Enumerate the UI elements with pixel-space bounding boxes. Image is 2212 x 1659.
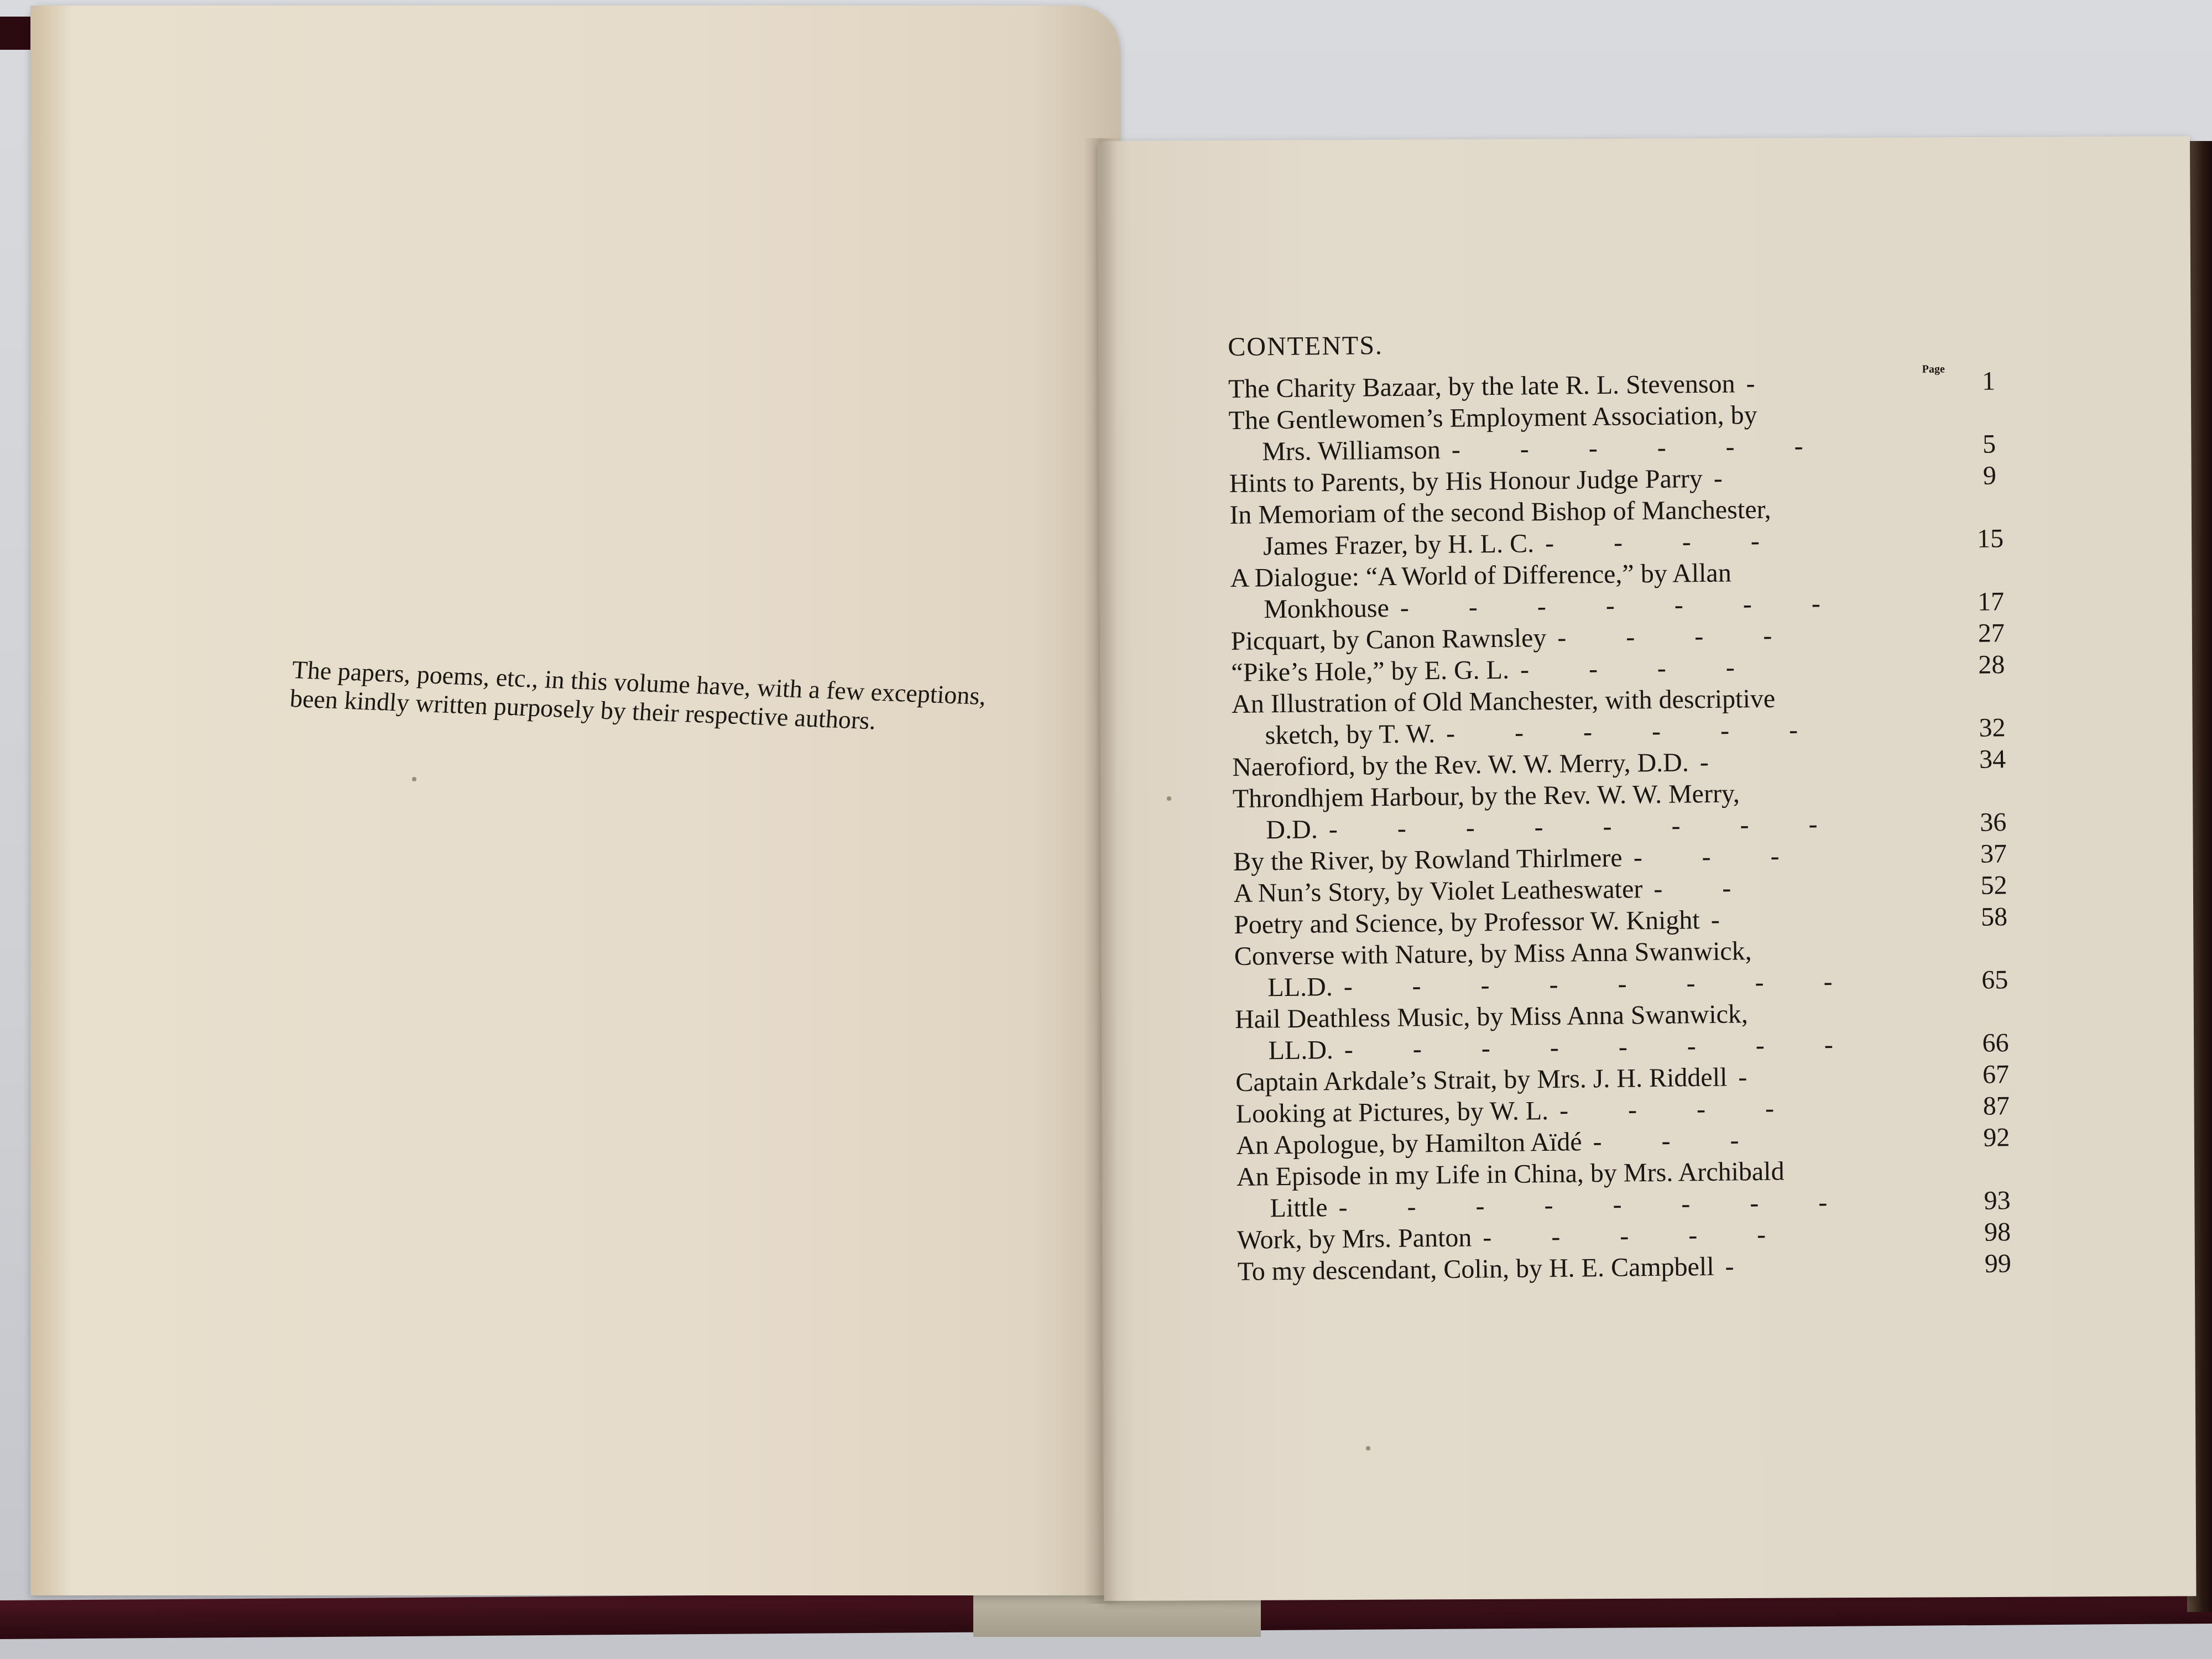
- entry-title: The Gentlewomen’s Employment Association…: [1228, 399, 1757, 436]
- entry-title: LL.D.: [1234, 971, 1333, 1004]
- contents-entry: An Episode in my Life in China, by Mrs. …: [1237, 1152, 2056, 1224]
- contents-entry: The Gentlewomen’s Employment Association…: [1228, 396, 2047, 467]
- entry-page-number: 27: [1960, 617, 2022, 649]
- entry-title: An Illustration of Old Manchester, with …: [1232, 683, 1776, 720]
- entry-title: A Nun’s Story, by Violet Leatheswater: [1233, 873, 1642, 909]
- entry-title: A Dialogue: “A World of Difference,” by …: [1230, 557, 1731, 593]
- entry-title: D.D.: [1233, 813, 1318, 846]
- entry-page-number: 93: [1966, 1185, 2028, 1217]
- dash-leader: - - - -: [1546, 618, 1961, 654]
- entry-title: sketch, by T. W.: [1232, 718, 1435, 752]
- entry-page-number: 98: [1967, 1216, 2028, 1248]
- dash-leader: -: [1689, 744, 1963, 778]
- entry-page-number: 17: [1960, 586, 2022, 618]
- contents-entry: In Memoriam of the second Bishop of Manc…: [1229, 491, 2048, 562]
- entry-title: Captain Arkdale’s Strait, by Mrs. J. H. …: [1235, 1062, 1728, 1098]
- paper-speck: [412, 777, 416, 781]
- entry-page-number: 66: [1965, 1027, 2026, 1059]
- entry-page-number: 67: [1965, 1058, 2027, 1091]
- dash-leader: - - -: [1582, 1122, 1966, 1157]
- entry-title: Hints to Parents, by His Honour Judge Pa…: [1229, 463, 1703, 499]
- entry-page-number: 37: [1963, 838, 2025, 870]
- entry-title: LL.D.: [1235, 1034, 1333, 1067]
- contents-entry: Throndhjem Harbour, by the Rev. W. W. Me…: [1233, 774, 2052, 846]
- dash-leader: -: [1699, 901, 1964, 936]
- dash-leader: - - - - -: [1472, 1217, 1967, 1253]
- entry-page-number: 87: [1965, 1090, 2027, 1122]
- left-page: [30, 6, 1120, 1595]
- left-page-fold-shadow: [30, 6, 69, 1595]
- entry-title: Work, by Mrs. Panton: [1237, 1222, 1472, 1255]
- entry-title: Little: [1237, 1192, 1328, 1224]
- entry-page-number: 58: [1964, 901, 2025, 933]
- entry-page-number: 5: [1959, 428, 2020, 460]
- entry-page-number: 1: [1958, 365, 2020, 397]
- entry-title: Converse with Nature, by Miss Anna Swanw…: [1234, 935, 1752, 972]
- paper-speck: [1167, 796, 1171, 801]
- paper-speck: [1366, 1446, 1370, 1451]
- entry-page-number: 28: [1961, 649, 2022, 681]
- entry-page-number: 15: [1960, 523, 2021, 555]
- dash-leader: - - -: [1622, 838, 1963, 873]
- entry-title: To my descendant, Colin, by H. E. Campbe…: [1237, 1251, 1714, 1287]
- entry-page-number: 34: [1962, 743, 2023, 775]
- dash-leader: - -: [1642, 870, 1964, 905]
- entry-title: By the River, by Rowland Thirlmere: [1233, 842, 1623, 878]
- entry-page-number: 52: [1963, 869, 2025, 901]
- entry-page-number: 36: [1963, 806, 2024, 838]
- entry-page-number: 32: [1961, 712, 2023, 744]
- book-cover-corner: [0, 17, 33, 50]
- entry-title: In Memoriam of the second Bishop of Manc…: [1229, 494, 1771, 531]
- entry-title: Hail Deathless Music, by Miss Anna Swanw…: [1235, 998, 1748, 1035]
- entry-page-number: 9: [1959, 460, 2021, 492]
- dash-leader: -: [1714, 1248, 1968, 1282]
- contents-list: The Charity Bazaar, by the late R. L. St…: [1228, 364, 2056, 1287]
- dash-leader: - - - -: [1509, 649, 1961, 686]
- contents-entry: An Illustration of Old Manchester, with …: [1232, 680, 2051, 751]
- contents-entry: Converse with Nature, by Miss Anna Swanw…: [1234, 932, 2053, 1003]
- entry-title: An Apologue, by Hamilton Aïdé: [1236, 1126, 1582, 1161]
- contents-entry: A Dialogue: “A World of Difference,” by …: [1230, 554, 2049, 625]
- dash-leader: - - - -: [1534, 523, 1960, 559]
- contents-section: CONTENTS. Page The Charity Bazaar, by th…: [1228, 324, 2056, 1287]
- dash-leader: - - - -: [1548, 1091, 1966, 1126]
- dash-leader: -: [1702, 460, 1959, 494]
- dash-leader: -: [1735, 366, 1958, 399]
- entry-title: James Frazer, by H. L. C.: [1230, 528, 1535, 562]
- entry-page-number: 65: [1964, 964, 2026, 996]
- entry-title: The Charity Bazaar, by the late R. L. St…: [1228, 368, 1735, 405]
- entry-title: “Pike’s Hole,” by E. G. L.: [1231, 654, 1509, 688]
- entry-title: Looking at Pictures, by W. L.: [1236, 1095, 1549, 1130]
- entry-page-number: 99: [1967, 1248, 2028, 1280]
- dash-leader: - - - - - -: [1440, 429, 1959, 466]
- dash-leader: - - - - - -: [1435, 712, 1962, 749]
- book-gutter-shadow: [1084, 138, 1117, 1604]
- entry-title: Poetry and Science, by Professor W. Knig…: [1234, 904, 1700, 941]
- entry-title: Mrs. Williamson: [1229, 434, 1441, 468]
- entry-title: Naerofiord, by the Rev. W. W. Merry, D.D…: [1232, 747, 1689, 783]
- contents-entry: Hail Deathless Music, by Miss Anna Swanw…: [1235, 995, 2054, 1066]
- entry-title: Monkhouse: [1230, 592, 1389, 625]
- entry-title: Throndhjem Harbour, by the Rev. W. W. Me…: [1233, 778, 1740, 815]
- entry-page-number: 92: [1966, 1121, 2027, 1154]
- entry-title: An Episode in my Life in China, by Mrs. …: [1237, 1156, 1785, 1193]
- entry-title: Picquart, by Canon Rawnsley: [1231, 622, 1547, 657]
- dash-leader: -: [1727, 1059, 1965, 1093]
